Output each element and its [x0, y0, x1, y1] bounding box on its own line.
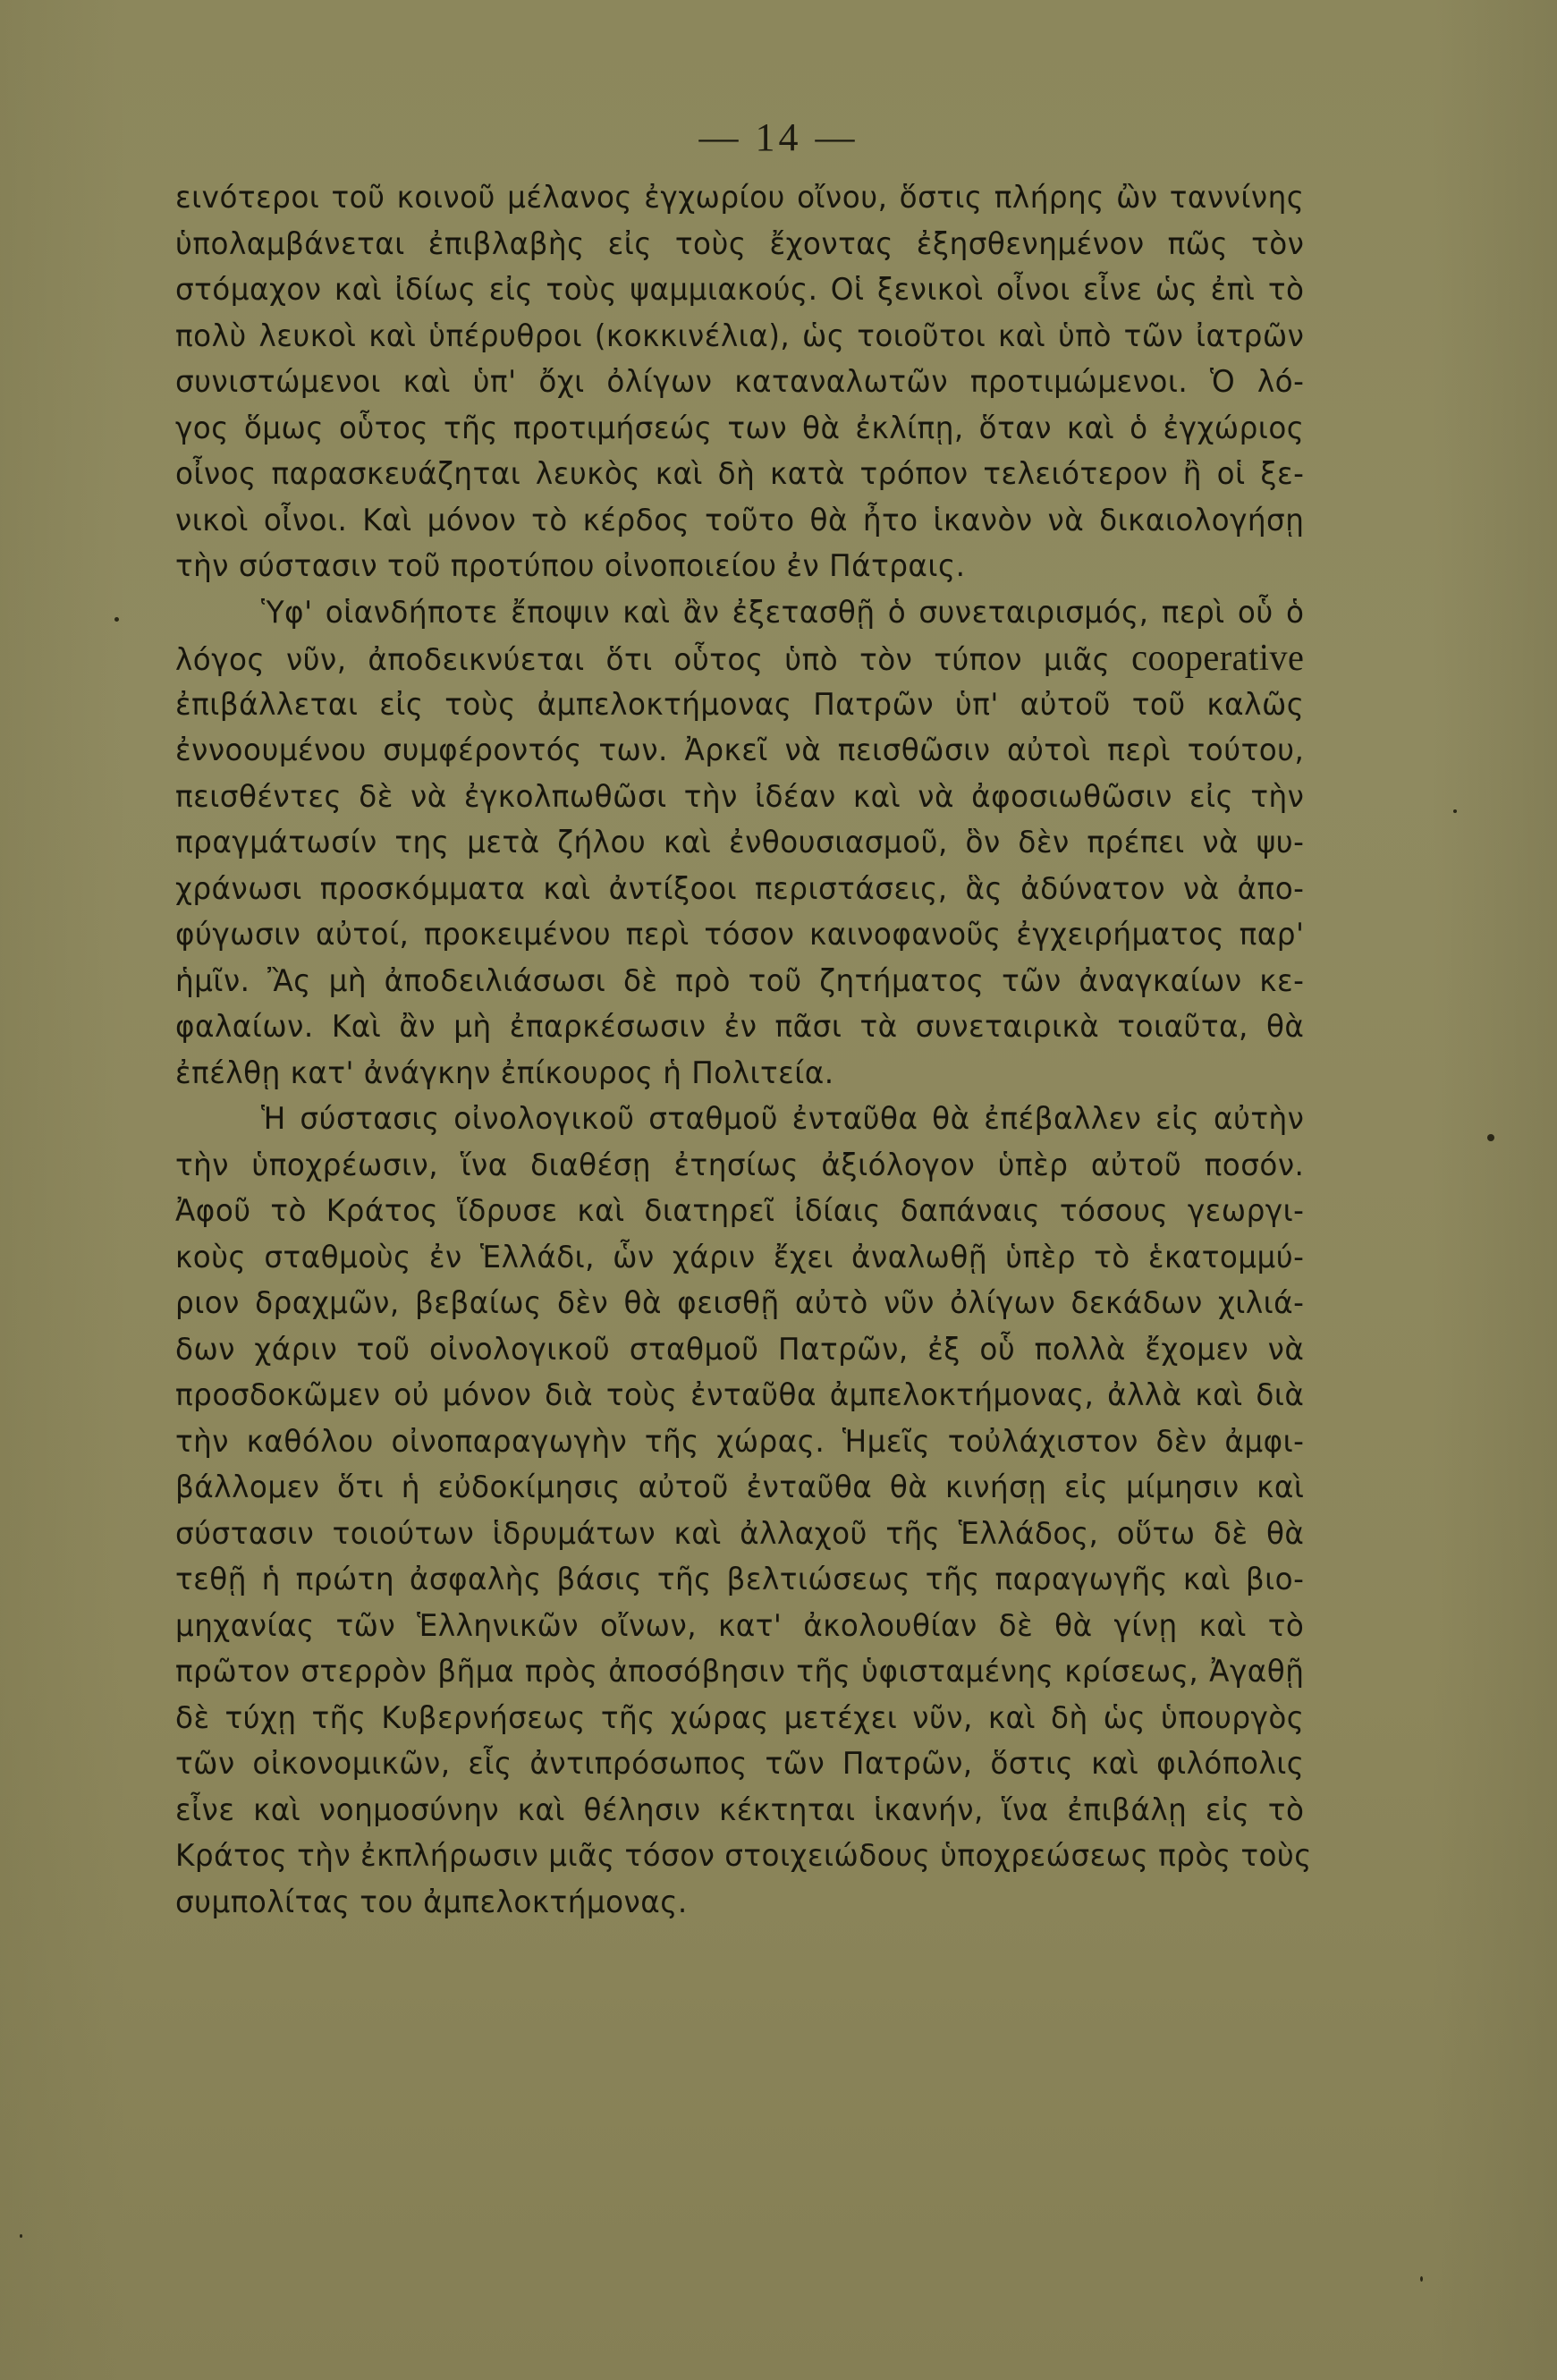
paragraph-1: ειvότεροι τοῦ κοινοῦ μέλανος ἐγχωρίου οἴ…	[175, 175, 1351, 590]
text-line: ἐπιβάλλεται εἰς τοὺς ἀμπελοκτήμονας Πατρ…	[175, 682, 1304, 729]
text-line: ἐπέλθῃ κατ' ἀνάγκην ἐπίκουρος ἡ Πολιτεία…	[175, 1051, 1304, 1097]
text-line: ειvότεροι τοῦ κοινοῦ μέλανος ἐγχωρίου οἴ…	[175, 175, 1304, 222]
text-line: βάλλομεν ὅτι ἡ εὐδοκίμησις αὐτοῦ ἐνταῦθα…	[175, 1465, 1304, 1512]
text-line: σύστασιν τοιούτων ἱδρυμάτων καὶ ἀλλαχοῦ …	[175, 1512, 1304, 1558]
text-line: δων χάριν τοῦ οἰνολογικοῦ σταθμοῦ Πατρῶν…	[175, 1327, 1304, 1374]
text-line: Ἡ σύστασις οἰνολογικοῦ σταθμοῦ ἐνταῦθα θ…	[175, 1097, 1304, 1143]
text-line: κοὺς σταθμοὺς ἐν Ἑλλάδι, ὧν χάριν ἔχει ἀ…	[175, 1235, 1304, 1282]
text-line: προσδοκῶμεν οὐ μόνον διὰ τοὺς ἐνταῦθα ἀμ…	[175, 1373, 1304, 1419]
scan-speck	[1453, 809, 1457, 813]
text-line: λόγος νῦν, ἀποδεικνύεται ὅτι οὗτος ὑπὸ τ…	[175, 636, 1304, 682]
scan-speck	[1487, 1134, 1494, 1141]
text-line: πραγμάτωσίν της μετὰ ζήλου καὶ ἐνθουσιασ…	[175, 820, 1304, 867]
text-line: τὴν σύστασιν τοῦ προτύπου οἰνοποιείου ἐν…	[175, 544, 1304, 590]
text-line: δὲ τύχῃ τῆς Κυβερνήσεως τῆς χώρας μετέχε…	[175, 1696, 1304, 1742]
paragraph-3: Ἡ σύστασις οἰνολογικοῦ σταθμοῦ ἐνταῦθα θ…	[175, 1097, 1351, 1926]
scan-speck	[20, 2234, 22, 2238]
text-line: συμπολίτας του ἀμπελοκτήμονας.	[175, 1880, 1304, 1927]
text-line: ἐννοουμένου συμφέροντός των. Ἀρκεῖ νὰ πε…	[175, 728, 1304, 775]
text-line: τὴν καθόλου οἰνοπαραγωγὴν τῆς χώρας. Ἡμε…	[175, 1419, 1304, 1466]
text-line: συνιστώμενοι καὶ ὑπ' ὄχι ὀλίγων καταναλω…	[175, 360, 1304, 406]
text-line: στόμαχον καὶ ἰδίως εἰς τοὺς ψαμμιακούς. …	[175, 267, 1304, 314]
text-line: ριον δραχμῶν, βεβαίως δὲν θὰ φεισθῇ αὐτὸ…	[175, 1281, 1304, 1327]
body-text: ειvότεροι τοῦ κοινοῦ μέλανος ἐγχωρίου οἴ…	[175, 175, 1351, 1926]
text-line: ὑπολαμβάνεται ἐπιβλαβὴς εἰς τοὺς ἔχοντας…	[175, 222, 1304, 268]
text-line: μηχανίας τῶν Ἑλληνικῶν οἴνων, κατ' ἀκολο…	[175, 1604, 1304, 1650]
text-line: Ἀφοῦ τὸ Κράτος ἵδρυσε καὶ διατηρεῖ ἰδίαι…	[175, 1189, 1304, 1235]
text-line: τῶν οἰκονομικῶν, εἷς ἀντιπρόσωπος τῶν Πα…	[175, 1741, 1304, 1788]
scan-speck	[114, 617, 119, 622]
text-segment: λόγος νῦν, ἀποδεικνύεται ὅτι οὗτος ὑπὸ τ…	[175, 642, 1110, 678]
text-line: χράνωσι προσκόμματα καὶ ἀντίξοοι περιστά…	[175, 867, 1304, 913]
text-line: φαλαίων. Καὶ ἂν μὴ ἐπαρκέσωσιν ἐν πᾶσι τ…	[175, 1004, 1304, 1051]
paragraph-2: Ὑφ' οἱανδήποτε ἔποψιν καὶ ἂν ἐξετασθῇ ὁ …	[175, 590, 1351, 1097]
text-line: γος ὅμως οὗτος τῆς προτιμήσεώς των θὰ ἐκ…	[175, 406, 1304, 453]
text-line: φύγωσιν αὐτοί, προκειμένου περὶ τόσον κα…	[175, 912, 1304, 959]
scanned-page: — 14 — ειvότεροι τοῦ κοινοῦ μέλανος ἐγχω…	[0, 0, 1557, 2380]
page-number: — 14 —	[0, 114, 1557, 160]
text-line: νικοὶ οἶνοι. Καὶ μόνον τὸ κέρδος τοῦτο θ…	[175, 498, 1304, 545]
text-line: πολὺ λευκοὶ καὶ ὑπέρυθροι (κοκκινέλια), …	[175, 314, 1304, 360]
scan-speck	[1420, 2276, 1423, 2282]
text-line: Κράτος τὴν ἐκπλήρωσιν μιᾶς τόσον στοιχει…	[175, 1834, 1304, 1880]
text-line: Ὑφ' οἱανδήποτε ἔποψιν καὶ ἂν ἐξετασθῇ ὁ …	[175, 590, 1304, 637]
text-line: εἶνε καὶ νοημοσύνην καὶ θέλησιν κέκτηται…	[175, 1788, 1304, 1834]
latin-term: cooperative	[1131, 638, 1304, 679]
text-line: οἶνος παρασκευάζηται λευκὸς καὶ δὴ κατὰ …	[175, 452, 1304, 498]
text-line: τὴν ὑποχρέωσιν, ἵνα διαθέσῃ ἐτησίως ἀξιό…	[175, 1143, 1304, 1190]
text-line: τεθῇ ἡ πρώτη ἀσφαλὴς βάσις τῆς βελτιώσεω…	[175, 1557, 1304, 1604]
text-line: πρῶτον στερρὸν βῆμα πρὸς ἀποσόβησιν τῆς …	[175, 1649, 1304, 1696]
text-line: πεισθέντες δὲ νὰ ἐγκολπωθῶσι τὴν ἰδέαν κ…	[175, 775, 1304, 821]
text-line: ἡμῖν. Ἂς μὴ ἀποδειλιάσωσι δὲ πρὸ τοῦ ζητ…	[175, 959, 1304, 1005]
